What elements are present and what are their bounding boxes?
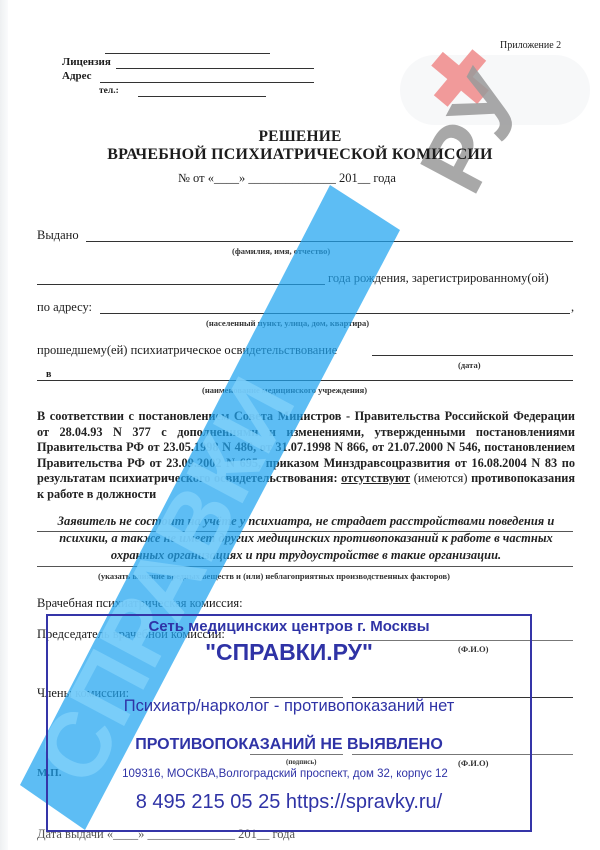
phone-label: тел.: <box>99 86 119 96</box>
stamp-verdict: ПРОТИВОПОКАЗАНИЙ НЕ ВЫЯВЛЕНО <box>46 736 532 754</box>
full-name-field[interactable] <box>86 241 573 242</box>
conclusion-text: Заявитель не состоит на учёте у психиатр… <box>37 513 575 564</box>
stamp-specialist-line: Психиатр/нарколог - противопоказаний нет <box>46 697 532 716</box>
address-label: Адрес <box>62 70 92 82</box>
license-line <box>116 68 314 69</box>
passed-exam-text: прошедшему(ей) психиатрическое освидетел… <box>37 343 337 358</box>
absent-option: отсутствуют <box>341 471 410 485</box>
org-name-line <box>105 53 270 54</box>
institution-hint: (наименование медицинского учреждения) <box>202 385 367 395</box>
stamp-brand: "СПРАВКИ.РУ" <box>46 639 532 666</box>
address-hint: (населенный пункт, улица, дом, квартира) <box>206 318 369 328</box>
license-label: Лицензия <box>62 56 111 68</box>
issued-label: Выдано <box>37 228 79 243</box>
title-decision: РЕШЕНИЕ <box>0 128 600 146</box>
factors-hint: (указать влияние вредных веществ и (или)… <box>98 571 450 581</box>
present-option: (имеются) <box>414 471 468 485</box>
in-label: в <box>46 369 51 380</box>
decision-number-line: № от «____» ______________ 201__ года <box>178 171 396 186</box>
institution-field[interactable] <box>37 380 573 381</box>
stamp-contacts: 8 495 215 05 25 https://spravky.ru/ <box>46 791 532 814</box>
appendix-label: Приложение 2 <box>500 40 561 51</box>
stamp-address: 109316, МОСКВА,Волгоградский проспект, д… <box>70 768 500 780</box>
birth-text: года рождения, зарегистрированному(ой) <box>328 271 549 286</box>
birth-year-field[interactable] <box>37 284 325 285</box>
conclusion-rule-1 <box>37 531 573 532</box>
address-line <box>100 82 314 83</box>
exam-date-field[interactable] <box>372 355 573 356</box>
date-hint: (дата) <box>458 360 481 370</box>
phone-line <box>138 96 266 97</box>
comma: , <box>571 300 574 315</box>
residence-address-field[interactable] <box>100 313 570 314</box>
conclusion-rule-2 <box>37 566 573 567</box>
legal-basis-paragraph: В соответствии с постановлением Совета М… <box>37 409 575 502</box>
full-name-hint: (фамилия, имя, отчество) <box>232 246 330 256</box>
commission-heading: Врачебная психиатрическая комиссия: <box>37 596 243 611</box>
title-commission: ВРАЧЕБНОЙ ПСИХИАТРИЧЕСКОЙ КОМИССИИ <box>0 146 600 164</box>
address-field-label: по адресу: <box>37 300 92 315</box>
stamp-network-line: Сеть медицинских центров г. Москвы <box>46 618 532 635</box>
